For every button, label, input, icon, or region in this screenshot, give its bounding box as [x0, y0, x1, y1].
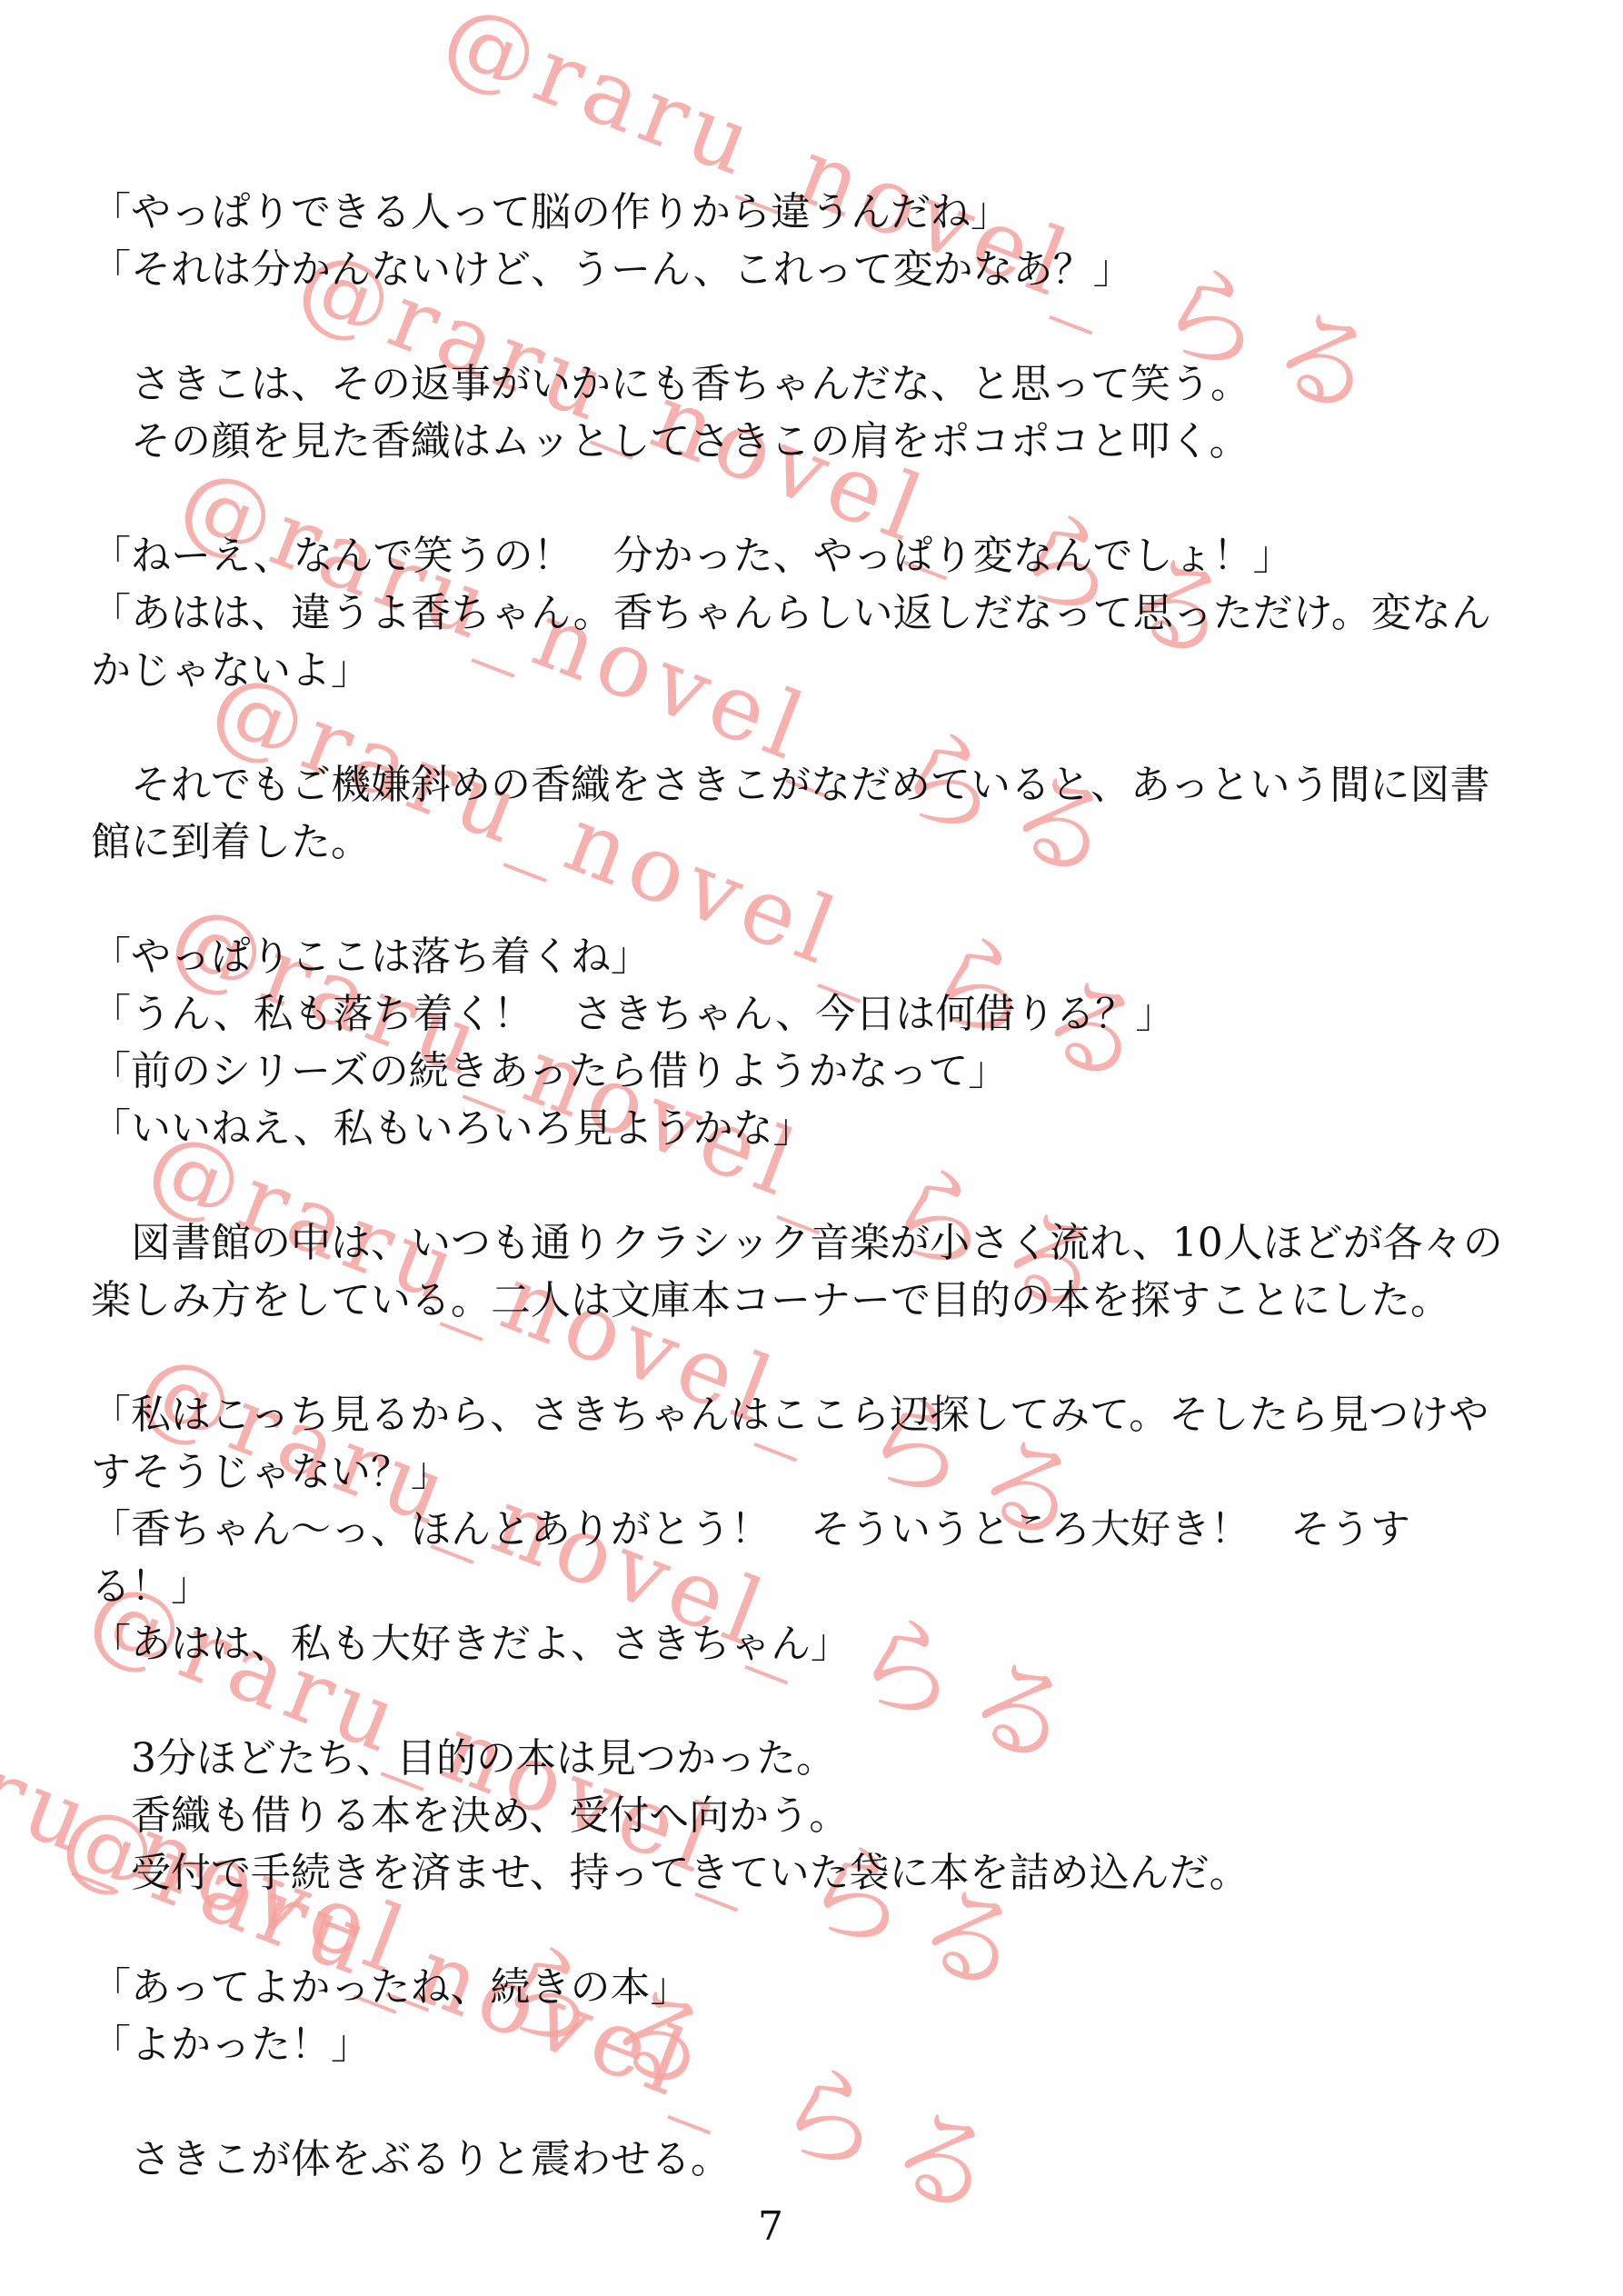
- text-line: さきこは、その返事がいかにも香ちゃんだな、と思って笑う。: [91, 355, 1508, 413]
- text-line: すそうじゃない？」: [91, 1443, 1508, 1501]
- text-line: 3分ほどたち、目的の本は見つかった。: [91, 1730, 1508, 1787]
- text-line: 楽しみ方をしている。二人は文庫本コーナーで目的の本を探すことにした。: [91, 1272, 1508, 1329]
- text-line: それでもご機嫌斜めの香織をさきこがなだめていると、あっという間に図書: [91, 756, 1508, 814]
- text-line: 「あってよかったね、続きの本」: [91, 1959, 1508, 2016]
- text-line: [91, 1329, 1508, 1386]
- text-line: かじゃないよ」: [91, 642, 1508, 699]
- text-line: 「うん、私も落ち着く！ さきちゃん、今日は何借りる？」: [91, 985, 1508, 1043]
- text-line: る！」: [91, 1558, 1508, 1615]
- text-line: 「あはは、私も大好きだよ、さきちゃん」: [91, 1615, 1508, 1672]
- page-number: 7: [91, 2207, 1450, 2247]
- text-line: 受付で手続きを済ませ、持ってきていた袋に本を詰め込んだ。: [91, 1844, 1508, 1902]
- text-line: 「やっぱりここは落ち着くね」: [91, 928, 1508, 985]
- text-line: 「あはは、違うよ香ちゃん。香ちゃんらしい返しだなって思っただけ。変なん: [91, 584, 1508, 642]
- text-line: 「それは分かんないけど、うーん、これって変かなあ？」: [91, 241, 1508, 298]
- novel-page: @raru_novel_ らる@raru_novel_ らる@raru_nove…: [0, 0, 1623, 2296]
- text-line: 「香ちゃん〜っ、ほんとありがとう！ そういうところ大好き！ そうす: [91, 1501, 1508, 1558]
- text-line: 「ねーえ、なんで笑うの！ 分かった、やっぱり変なんでしょ！」: [91, 527, 1508, 584]
- text-line: 館に到着した。: [91, 814, 1508, 871]
- text-line: 「前のシリーズの続きあったら借りようかなって」: [91, 1043, 1508, 1100]
- text-line: その顔を見た香織はムッとしてさきこの肩をポコポコと叩く。: [91, 413, 1508, 470]
- text-line: [91, 2073, 1508, 2131]
- text-line: [91, 1902, 1508, 1959]
- text-line: 図書館の中は、いつも通りクラシック音楽が小さく流れ、10人ほどが各々の: [91, 1214, 1508, 1272]
- text-line: さきこが体をぶるりと震わせる。: [91, 2131, 1508, 2188]
- text-line: [91, 470, 1508, 527]
- text-line: 香織も借りる本を決め、受付へ向かう。: [91, 1787, 1508, 1844]
- text-line: [91, 1157, 1508, 1214]
- text-line: [91, 871, 1508, 928]
- text-line: 「いいねえ、私もいろいろ見ようかな」: [91, 1100, 1508, 1157]
- text-line: 「やっぱりできる人って脳の作りから違うんだね」: [91, 184, 1508, 241]
- text-line: [91, 699, 1508, 756]
- text-line: [91, 298, 1508, 355]
- text-line: 「よかった！」: [91, 2016, 1508, 2073]
- text-line: 「私はこっち見るから、さきちゃんはここら辺探してみて。そしたら見つけや: [91, 1386, 1508, 1443]
- body-text: 「やっぱりできる人って脳の作りから違うんだね」「それは分かんないけど、うーん、こ…: [91, 184, 1508, 2188]
- text-line: [91, 1672, 1508, 1730]
